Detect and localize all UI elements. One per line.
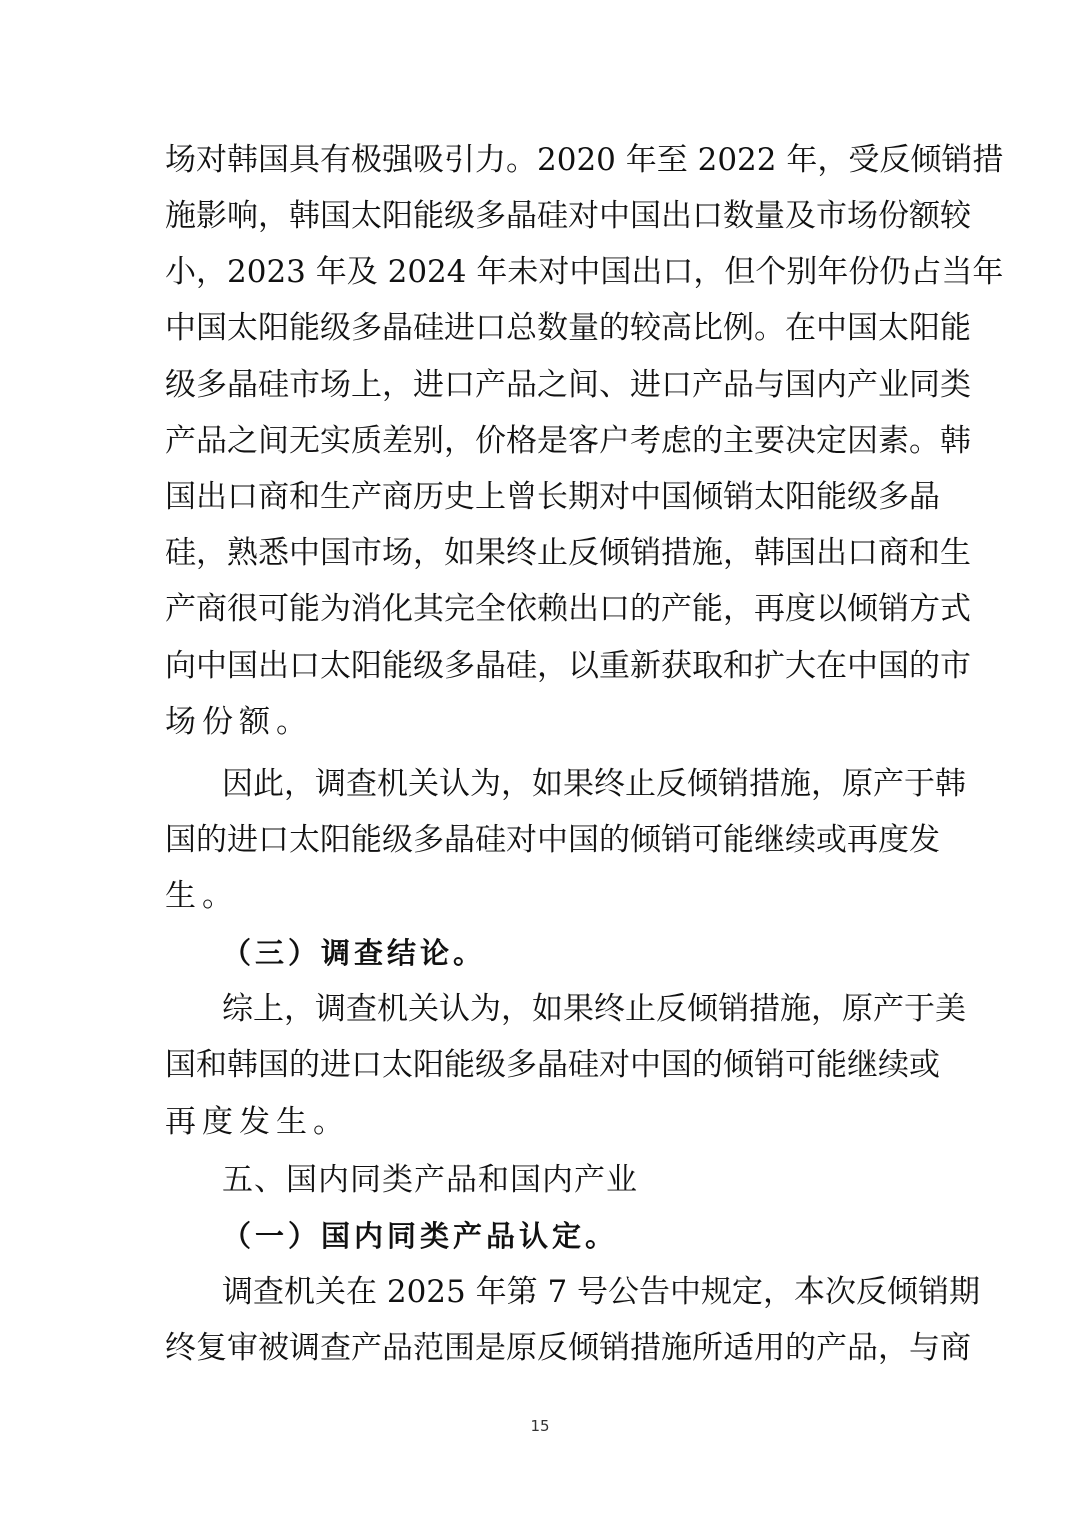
- body-line: 国出口商和生产商历史上曾长期对中国倾销太阳能级多晶: [165, 477, 915, 517]
- body-line-end: 生。: [165, 876, 239, 916]
- body-line: 向中国出口太阳能级多晶硅，以重新获取和扩大在中国的市: [165, 646, 915, 686]
- body-line: 施影响，韩国太阳能级多晶硅对中国出口数量及市场份额较: [165, 196, 915, 236]
- paragraph-start-line: 综上，调查机关认为，如果终止反倾销措施，原产于美: [222, 989, 915, 1029]
- body-line: 终复审被调查产品范围是原反倾销措施所适用的产品，与商: [165, 1328, 915, 1368]
- section-heading-conclusion: （三）调查结论。: [222, 933, 486, 973]
- body-line-end: 再度发生。: [165, 1102, 350, 1142]
- body-line: 国和韩国的进口太阳能级多晶硅对中国的倾销可能继续或: [165, 1045, 915, 1085]
- body-line: 硅，熟悉中国市场，如果终止反倾销措施，韩国出口商和生: [165, 533, 915, 573]
- section-heading-like-product: （一）国内同类产品认定。: [222, 1216, 618, 1256]
- body-line: 中国太阳能级多晶硅进口总数量的较高比例。在中国太阳能: [165, 308, 915, 348]
- paragraph-start-line: 因此，调查机关认为，如果终止反倾销措施，原产于韩: [222, 764, 915, 804]
- paragraph-start-line: 调查机关在 2025 年第 7 号公告中规定，本次反倾销期: [222, 1272, 915, 1312]
- body-line-end: 场份额。: [165, 702, 313, 742]
- page-number: 15: [0, 1416, 1080, 1436]
- body-line: 产品之间无实质差别，价格是客户考虑的主要决定因素。韩: [165, 421, 915, 461]
- document-page: 场对韩国具有极强吸引力。2020 年至 2022 年，受反倾销措 施影响，韩国太…: [0, 0, 1080, 1528]
- body-line: 级多晶硅市场上，进口产品之间、进口产品与国内产业同类: [165, 365, 915, 405]
- chapter-heading-domestic-industry: 五、国内同类产品和国内产业: [222, 1160, 638, 1200]
- body-line: 小，2023 年及 2024 年未对中国出口，但个别年份仍占当年: [165, 252, 915, 292]
- body-line: 国的进口太阳能级多晶硅对中国的倾销可能继续或再度发: [165, 820, 915, 860]
- body-line: 产商很可能为消化其完全依赖出口的产能，再度以倾销方式: [165, 589, 915, 629]
- body-line: 场对韩国具有极强吸引力。2020 年至 2022 年，受反倾销措: [165, 140, 915, 180]
